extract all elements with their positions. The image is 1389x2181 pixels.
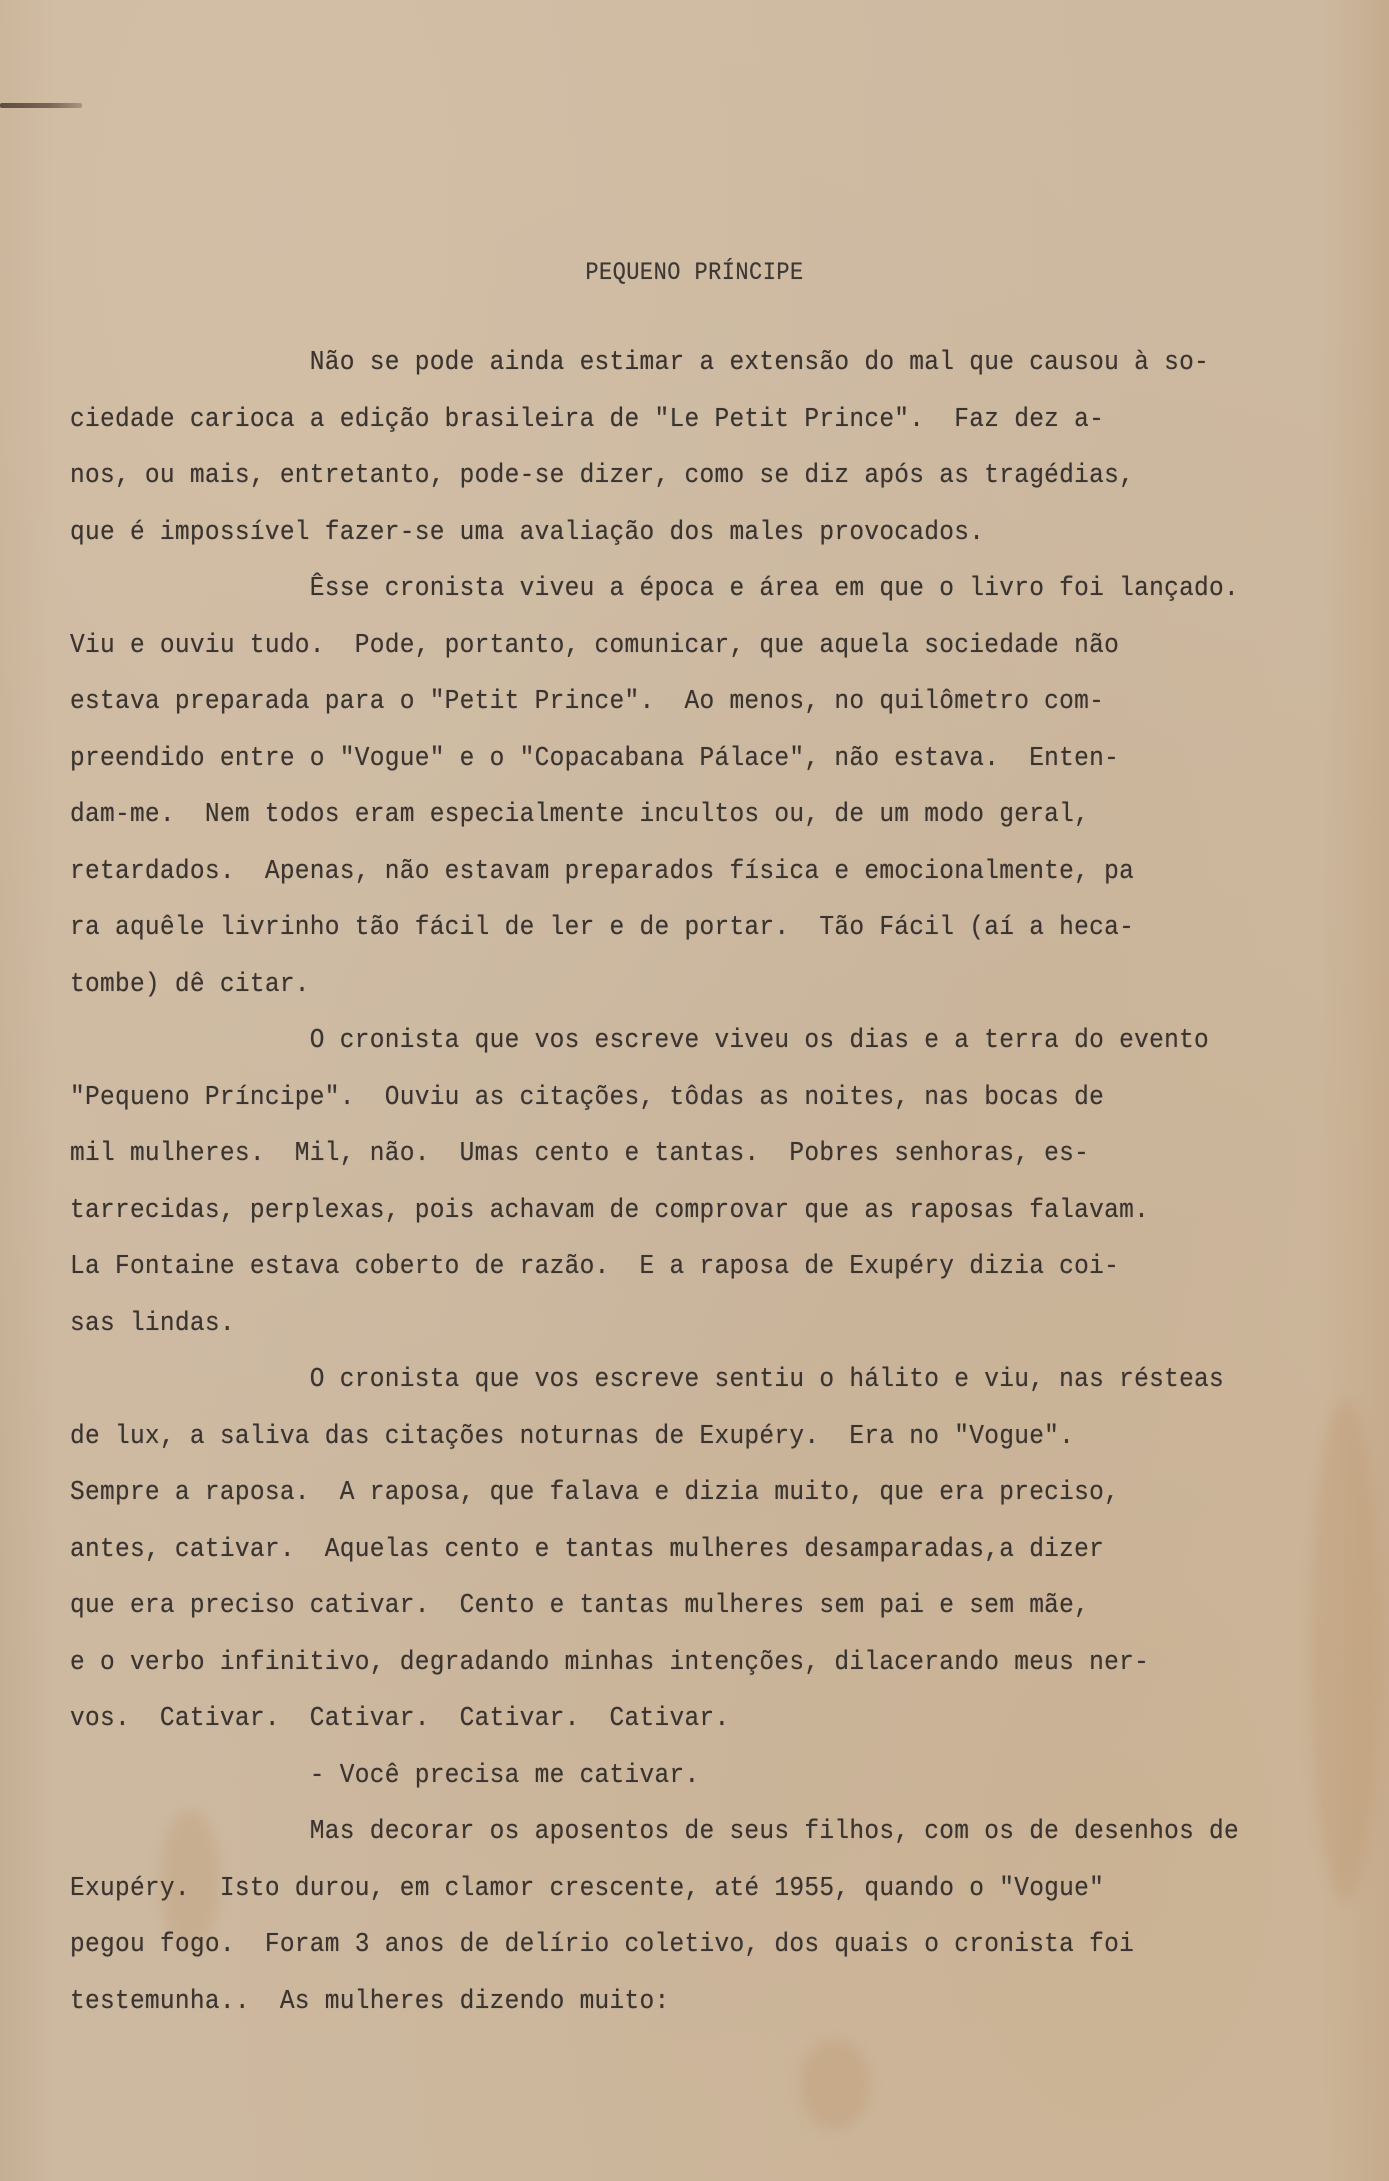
text-line: que é impossível fazer-se uma avaliação … <box>70 504 1245 561</box>
margin-ink-mark <box>0 103 82 108</box>
text-line: Mas decorar os aposentos de seus filhos,… <box>70 1803 1245 1860</box>
text-line: nos, ou mais, entretanto, pode-se dizer,… <box>70 447 1245 504</box>
text-line: tarrecidas, perplexas, pois achavam de c… <box>70 1182 1245 1239</box>
text-line: estava preparada para o "Petit Prince". … <box>70 673 1245 730</box>
text-line: - Você precisa me cativar. <box>70 1747 1245 1804</box>
typewritten-page: PEQUENO PRÍNCIPE Não se pode ainda estim… <box>0 0 1389 2181</box>
text-line: Viu e ouviu tudo. Pode, portanto, comuni… <box>70 617 1245 674</box>
text-line: O cronista que vos escreve sentiu o háli… <box>70 1351 1245 1408</box>
text-line: Sempre a raposa. A raposa, que falava e … <box>70 1464 1245 1521</box>
text-line: retardados. Apenas, não estavam preparad… <box>70 843 1245 900</box>
text-line: dam-me. Nem todos eram especialmente inc… <box>70 786 1245 843</box>
text-line: preendido entre o "Vogue" e o "Copacaban… <box>70 730 1245 787</box>
document-body: Não se pode ainda estimar a extensão do … <box>70 334 1340 2029</box>
text-line: e o verbo infinitivo, degradando minhas … <box>70 1634 1245 1691</box>
text-line: antes, cativar. Aquelas cento e tantas m… <box>70 1521 1245 1578</box>
text-line: que era preciso cativar. Cento e tantas … <box>70 1577 1245 1634</box>
text-line: ciedade carioca a edição brasileira de "… <box>70 391 1245 448</box>
text-line: mil mulheres. Mil, não. Umas cento e tan… <box>70 1125 1245 1182</box>
text-line: pegou fogo. Foram 3 anos de delírio cole… <box>70 1916 1245 1973</box>
paper-stain <box>800 2040 870 2130</box>
text-line: "Pequeno Príncipe". Ouviu as citações, t… <box>70 1069 1245 1126</box>
text-line: sas lindas. <box>70 1295 1245 1352</box>
text-line: Êsse cronista viveu a época e área em qu… <box>70 560 1245 617</box>
text-line: vos. Cativar. Cativar. Cativar. Cativar. <box>70 1690 1245 1747</box>
text-line: tombe) dê citar. <box>70 956 1245 1013</box>
text-line: O cronista que vos escreve viveu os dias… <box>70 1012 1245 1069</box>
text-line: de lux, a saliva das citações noturnas d… <box>70 1408 1245 1465</box>
document-title: PEQUENO PRÍNCIPE <box>83 258 1305 287</box>
text-line: ra aquêle livrinho tão fácil de ler e de… <box>70 899 1245 956</box>
text-line: La Fontaine estava coberto de razão. E a… <box>70 1238 1245 1295</box>
text-line: Exupéry. Isto durou, em clamor crescente… <box>70 1860 1245 1917</box>
text-line: testemunha.. As mulheres dizendo muito: <box>70 1973 1245 2030</box>
text-line: Não se pode ainda estimar a extensão do … <box>70 334 1245 391</box>
